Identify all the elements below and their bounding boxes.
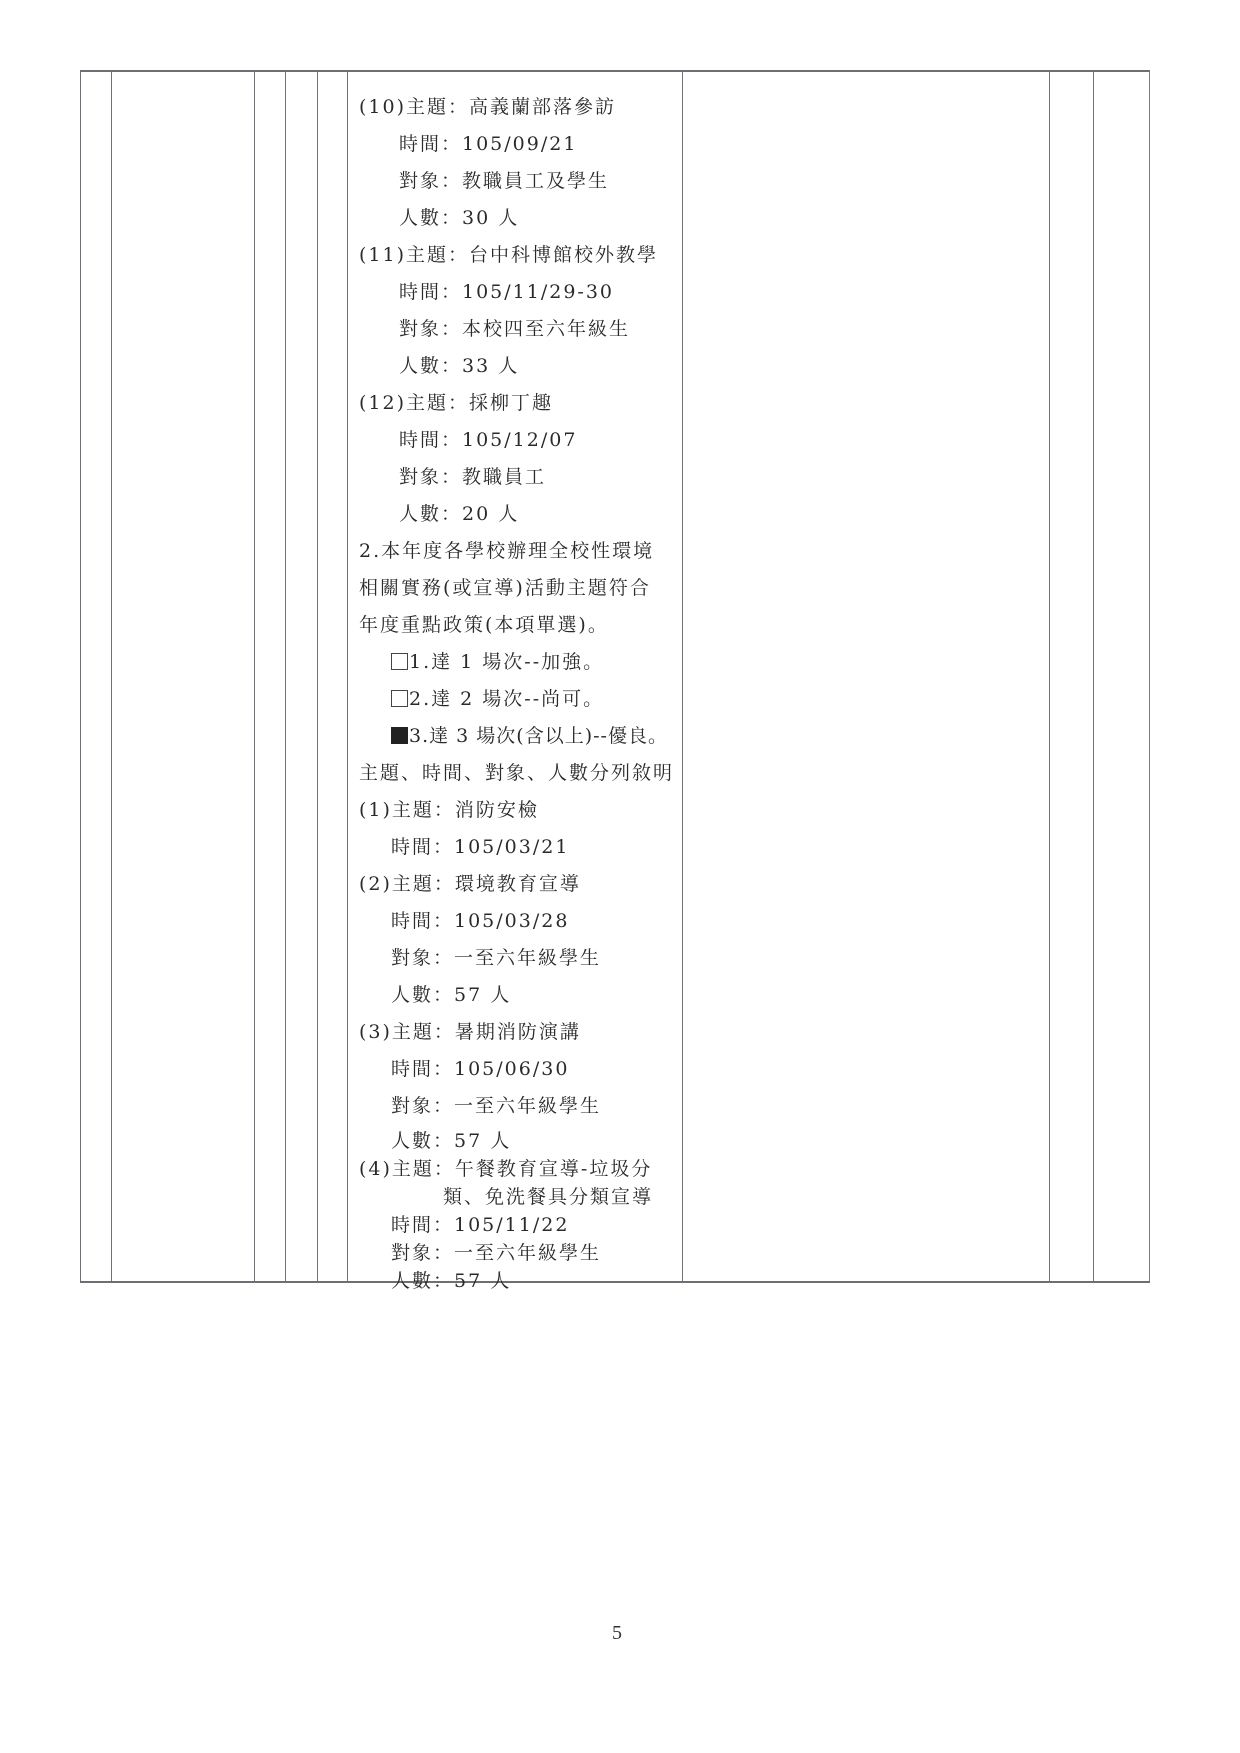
item-time: 時間：105/11/22 (349, 1211, 681, 1239)
column-divider (285, 72, 286, 1281)
page-number: 5 (612, 1622, 622, 1645)
item-target: 對象：教職員工 (349, 459, 681, 496)
option-label: 1.達 1 場次--加強。 (409, 651, 604, 673)
item-topic: (11)主題：台中科博館校外教學 (349, 237, 681, 274)
item-target: 對象：一至六年級學生 (349, 1239, 681, 1267)
evaluation-table: (10)主題：高義蘭部落參訪 時間：105/09/21 對象：教職員工及學生 人… (80, 70, 1150, 1283)
option-label: 2.達 2 場次--尚可。 (409, 688, 604, 710)
item-topic: (10)主題：高義蘭部落參訪 (349, 89, 681, 126)
item-topic: (12)主題：採柳丁趣 (349, 385, 681, 422)
section-heading: 2.本年度各學校辦理全校性環境 (349, 533, 681, 570)
column-divider (317, 72, 318, 1281)
item-time: 時間：105/03/21 (349, 829, 681, 866)
item-target: 對象：教職員工及學生 (349, 163, 681, 200)
item-topic: (2)主題：環境教育宣導 (349, 866, 681, 903)
checkbox-empty-icon[interactable] (391, 653, 408, 670)
section-heading: 相關實務(或宣導)活動主題符合 (349, 570, 681, 607)
column-divider (1049, 72, 1050, 1281)
item-topic: (1)主題：消防安檢 (349, 792, 681, 829)
item-target: 對象：一至六年級學生 (349, 1088, 681, 1125)
item-time: 時間：105/06/30 (349, 1051, 681, 1088)
item-count: 人數：57 人 (349, 1127, 681, 1155)
item-topic: (3)主題：暑期消防演講 (349, 1014, 681, 1051)
item-topic-continued: 類、免洗餐具分類宣導 (349, 1183, 681, 1211)
item-count: 人數：33 人 (349, 348, 681, 385)
item-target: 對象：一至六年級學生 (349, 940, 681, 977)
option-3[interactable]: 3.達 3 場次(含以上)--優良。 (349, 718, 681, 755)
checkbox-empty-icon[interactable] (391, 690, 408, 707)
column-divider (111, 72, 112, 1281)
item-count: 人數：20 人 (349, 496, 681, 533)
item-time: 時間：105/03/28 (349, 903, 681, 940)
section-heading: 年度重點政策(本項單選)。 (349, 607, 681, 644)
content-cell: (10)主題：高義蘭部落參訪 時間：105/09/21 對象：教職員工及學生 人… (349, 72, 681, 1281)
column-divider (682, 72, 683, 1281)
item-count: 人數：57 人 (349, 977, 681, 1014)
option-1[interactable]: 1.達 1 場次--加強。 (349, 644, 681, 681)
option-label: 3.達 3 場次(含以上)--優良。 (409, 725, 668, 747)
item-time: 時間：105/09/21 (349, 126, 681, 163)
item-time: 時間：105/12/07 (349, 422, 681, 459)
item-target: 對象：本校四至六年級生 (349, 311, 681, 348)
option-2[interactable]: 2.達 2 場次--尚可。 (349, 681, 681, 718)
column-divider (347, 72, 348, 1281)
item-time: 時間：105/11/29-30 (349, 274, 681, 311)
item-count: 人數：30 人 (349, 200, 681, 237)
column-divider (254, 72, 255, 1281)
instruction-text: 主題、時間、對象、人數分列敘明 (349, 755, 681, 792)
item-count: 人數：57 人 (349, 1267, 681, 1295)
item-topic: (4)主題：午餐教育宣導-垃圾分 (349, 1155, 681, 1183)
column-divider (1093, 72, 1094, 1281)
checkbox-checked-icon[interactable] (391, 727, 408, 744)
